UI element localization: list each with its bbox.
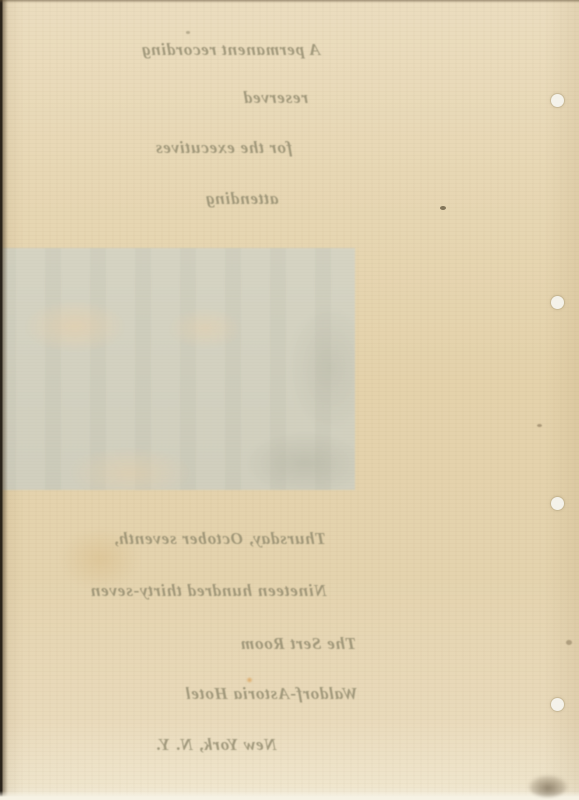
paper-speck bbox=[440, 206, 446, 210]
punch-hole bbox=[551, 497, 564, 510]
paper-stain bbox=[60, 528, 140, 590]
punch-hole bbox=[551, 698, 564, 711]
ghost-text-line: Thursday, October seventh, bbox=[113, 529, 326, 549]
ghost-text-line: Waldorf-Astoria Hotel bbox=[185, 684, 358, 704]
scan-edge-bottom bbox=[0, 791, 579, 800]
ghost-text-line: Nineteen hundred thirty-seven bbox=[90, 581, 327, 601]
ghost-text-line: New York, N. Y. bbox=[155, 735, 277, 755]
paper-speck bbox=[186, 31, 190, 34]
ghost-text-line: The Sert Room bbox=[240, 634, 356, 654]
photo-bleed-through bbox=[0, 248, 355, 490]
corner-smudge bbox=[528, 775, 568, 797]
scan-edge-left bbox=[0, 0, 8, 800]
ghost-text-line: for the executives bbox=[155, 138, 292, 158]
scanned-page: A permanent recording reserved for the e… bbox=[0, 0, 579, 800]
ghost-text-line: A permanent recording bbox=[141, 40, 320, 60]
punch-hole bbox=[551, 296, 564, 309]
ghost-text-line: reserved bbox=[243, 88, 308, 108]
paper-speck bbox=[246, 677, 253, 683]
paper-speck bbox=[537, 424, 542, 427]
ghost-text-line: attending bbox=[205, 189, 278, 209]
punch-hole bbox=[551, 94, 564, 107]
scan-edge-top bbox=[0, 0, 579, 3]
paper-speck bbox=[566, 640, 572, 645]
